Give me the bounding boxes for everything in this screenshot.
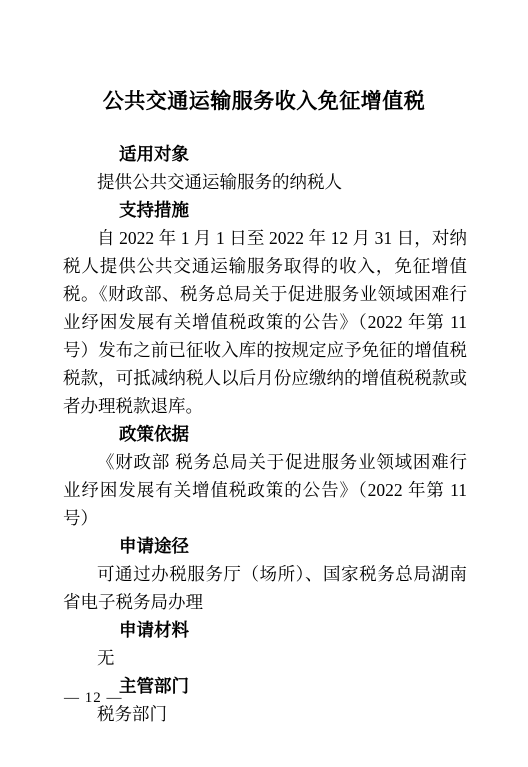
section-heading-application-channel: 申请途径 — [63, 532, 467, 560]
page-title: 公共交通运输服务收入免征增值税 — [0, 0, 528, 114]
section-support-measures: 支持措施 自 2022 年 1 月 1 日至 2022 年 12 月 31 日，… — [63, 196, 467, 420]
section-application-materials: 申请材料 无 — [63, 616, 467, 672]
section-body-policy-basis: 《财政部 税务总局关于促进服务业领域困难行业纾困发展有关增值税政策的公告》（20… — [63, 448, 467, 532]
section-applicable-targets: 适用对象 提供公共交通运输服务的纳税人 — [63, 140, 467, 196]
section-body-competent-department: 税务部门 — [63, 700, 467, 728]
section-body-application-channel: 可通过办税服务厅（场所）、国家税务总局湖南省电子税务局办理 — [63, 560, 467, 616]
section-heading-support-measures: 支持措施 — [63, 196, 467, 224]
section-heading-policy-basis: 政策依据 — [63, 420, 467, 448]
section-heading-competent-department: 主管部门 — [63, 672, 467, 700]
section-application-channel: 申请途径 可通过办税服务厅（场所）、国家税务总局湖南省电子税务局办理 — [63, 532, 467, 616]
document-content: 适用对象 提供公共交通运输服务的纳税人 支持措施 自 2022 年 1 月 1 … — [63, 140, 467, 728]
section-heading-applicable-targets: 适用对象 — [63, 140, 467, 168]
section-competent-department: 主管部门 税务部门 — [63, 672, 467, 728]
document-page: 公共交通运输服务收入免征增值税 适用对象 提供公共交通运输服务的纳税人 支持措施… — [0, 0, 528, 767]
section-body-application-materials: 无 — [63, 644, 467, 672]
section-body-support-measures: 自 2022 年 1 月 1 日至 2022 年 12 月 31 日，对纳税人提… — [63, 224, 467, 420]
section-policy-basis: 政策依据 《财政部 税务总局关于促进服务业领域困难行业纾困发展有关增值税政策的公… — [63, 420, 467, 532]
section-body-applicable-targets: 提供公共交通运输服务的纳税人 — [63, 168, 467, 196]
section-heading-application-materials: 申请材料 — [63, 616, 467, 644]
page-number: — 12 — — [64, 689, 123, 707]
